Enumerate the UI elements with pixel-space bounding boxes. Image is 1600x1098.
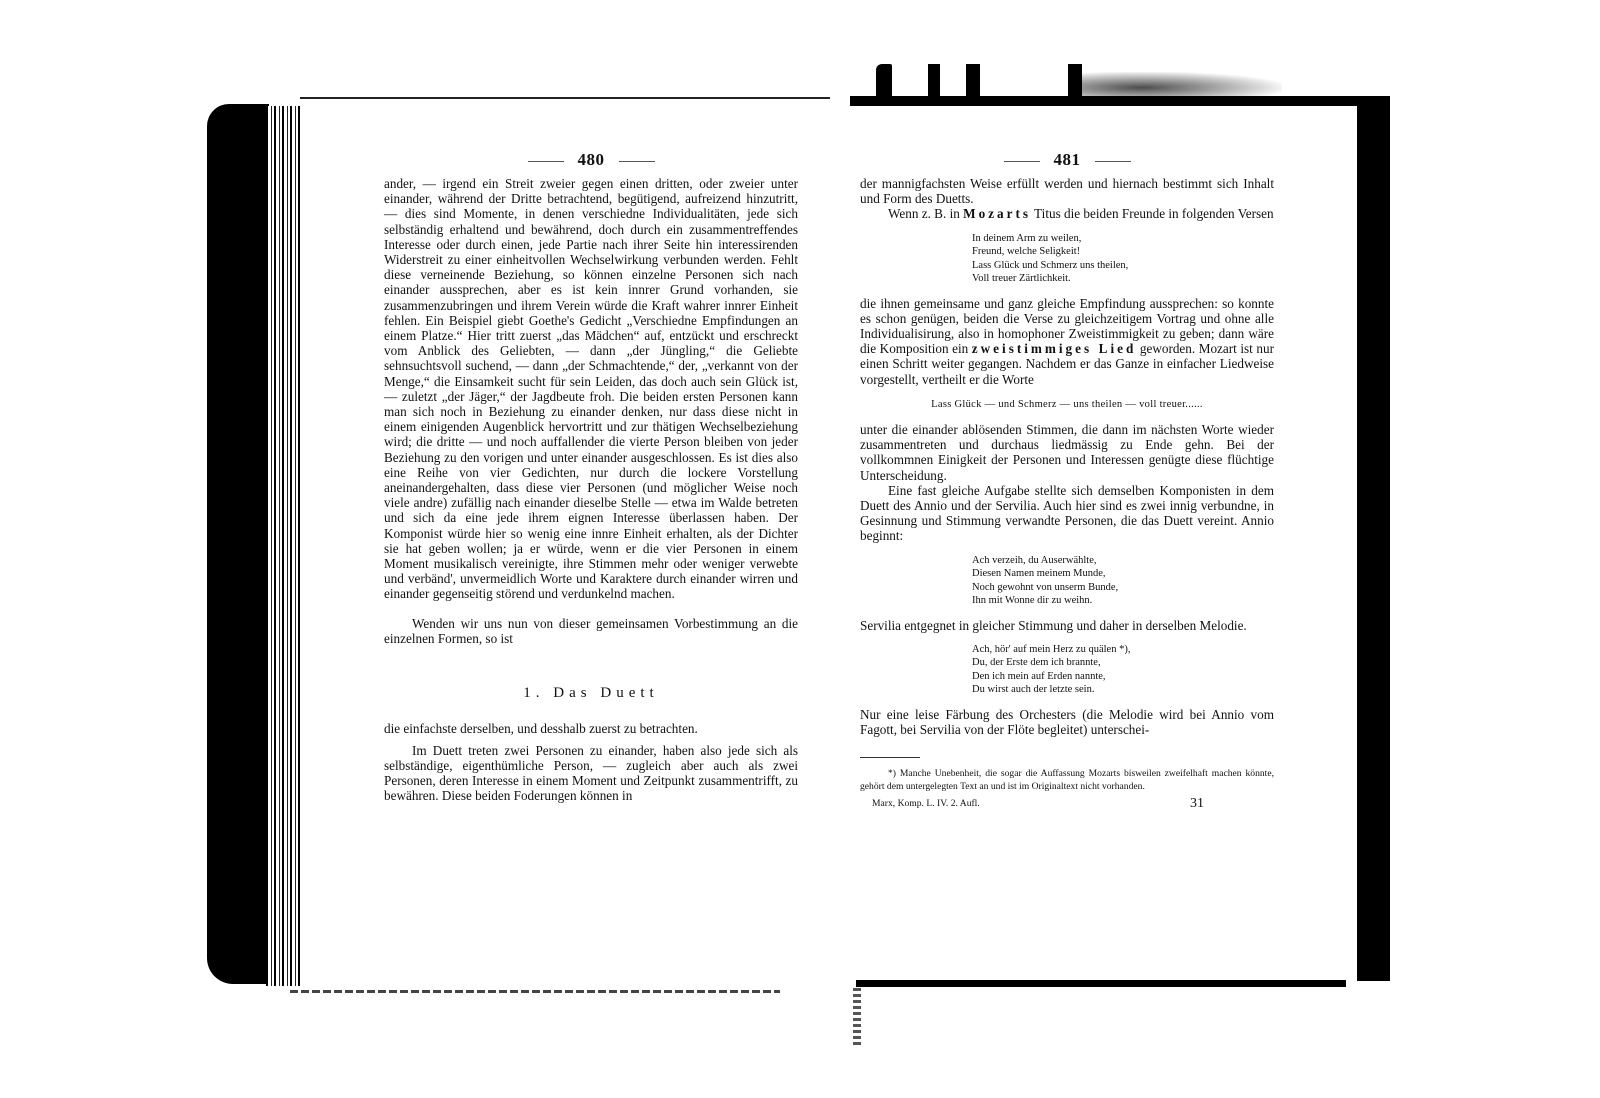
text-run: Titus die beiden Freunde in folgenden Ve…	[1031, 206, 1274, 221]
verse-line: Du, der Erste dem ich brannte,	[972, 656, 1274, 670]
section-heading: 1. Das Duett	[384, 686, 798, 701]
paragraph: Eine fast gleiche Aufgabe stellte sich d…	[860, 483, 1274, 544]
inline-verse: Lass Glück — und Schmerz — uns theilen —…	[860, 397, 1274, 412]
paragraph: Wenden wir uns nun von dieser gemeinsame…	[384, 616, 798, 646]
verse-line: Noch gewohnt von unserm Bunde,	[972, 581, 1274, 595]
paragraph: unter die einander ablösenden Stimmen, d…	[860, 422, 1274, 483]
signature-number: 31	[1190, 796, 1204, 811]
left-page-body: ander, — irgend ein Streit zweier gegen …	[384, 176, 798, 803]
left-page-bottom-edge	[290, 990, 780, 993]
printer-signature: Marx, Komp. L. IV. 2. Aufl.	[872, 796, 980, 811]
book-cover-right-top-edge	[850, 96, 1390, 106]
paragraph: Im Duett treten zwei Personen zu einande…	[384, 743, 798, 804]
rule-decoration	[1095, 161, 1131, 162]
paragraph: ander, — irgend ein Streit zweier gegen …	[384, 176, 798, 602]
right-page: 481 der mannigfachsten Weise erfüllt wer…	[860, 150, 1274, 811]
paragraph: Servilia entgegnet in gleicher Stimmung …	[860, 618, 1274, 633]
verse-line: Freund, welche Seligkeit!	[972, 245, 1274, 259]
spaced-name: Mozarts	[963, 206, 1031, 221]
paragraph: die einfachste derselben, und desshalb z…	[384, 721, 798, 736]
verse-line: Ihn mit Wonne dir zu weihn.	[972, 594, 1274, 608]
verse-line: In deinem Arm zu weilen,	[972, 232, 1274, 246]
verse-line: Voll treuer Zärtlichkeit.	[972, 272, 1274, 286]
paragraph: Wenn z. B. in Mozarts Titus die beiden F…	[860, 206, 1274, 221]
scan-smudge	[1082, 72, 1282, 98]
verse-line: Lass Glück und Schmerz uns theilen,	[972, 259, 1274, 273]
paragraph: die ihnen gemeinsame und ganz gleiche Em…	[860, 296, 1274, 387]
verse-line: Ach, hör' auf mein Herz zu quälen *),	[972, 643, 1274, 657]
spaced-term: zweistimmiges Lied	[972, 341, 1137, 356]
rule-decoration	[1004, 161, 1040, 162]
verse-block: In deinem Arm zu weilen, Freund, welche …	[972, 232, 1274, 286]
right-page-bottom-edge	[856, 980, 1346, 987]
verse-block: Ach verzeih, du Auserwählte, Diesen Name…	[972, 554, 1274, 608]
footnote: *) Manche Unebenheit, die sogar die Auff…	[860, 768, 1274, 793]
page-number: 480	[578, 150, 605, 169]
paragraph: Nur eine leise Färbung des Orchesters (d…	[860, 707, 1274, 737]
left-page: 480 ander, — irgend ein Streit zweier ge…	[384, 150, 798, 803]
page-stack-edges	[266, 106, 300, 986]
book-cover-right-edge	[1357, 96, 1390, 981]
rule-decoration	[528, 161, 564, 162]
book-cover-left-edge	[207, 104, 269, 984]
scan-fragment	[853, 988, 861, 1048]
right-page-body: der mannigfachsten Weise erfüllt werden …	[860, 176, 1274, 811]
page-number-header: 481	[860, 150, 1274, 170]
page-number: 481	[1054, 150, 1081, 169]
signature-line: Marx, Komp. L. IV. 2. Aufl. 31	[860, 796, 1274, 811]
verse-line: Ach verzeih, du Auserwählte,	[972, 554, 1274, 568]
left-page-top-edge	[300, 97, 830, 99]
paragraph: der mannigfachsten Weise erfüllt werden …	[860, 176, 1274, 206]
footnote-rule	[860, 757, 920, 758]
text-run: Wenn z. B. in	[888, 206, 963, 221]
verse-line: Den ich mein auf Erden nannte,	[972, 670, 1274, 684]
verse-block: Ach, hör' auf mein Herz zu quälen *), Du…	[972, 643, 1274, 697]
verse-line: Du wirst auch der letzte sein.	[972, 683, 1274, 697]
rule-decoration	[619, 161, 655, 162]
page-number-header: 480	[384, 150, 798, 170]
verse-line: Diesen Namen meinem Munde,	[972, 567, 1274, 581]
